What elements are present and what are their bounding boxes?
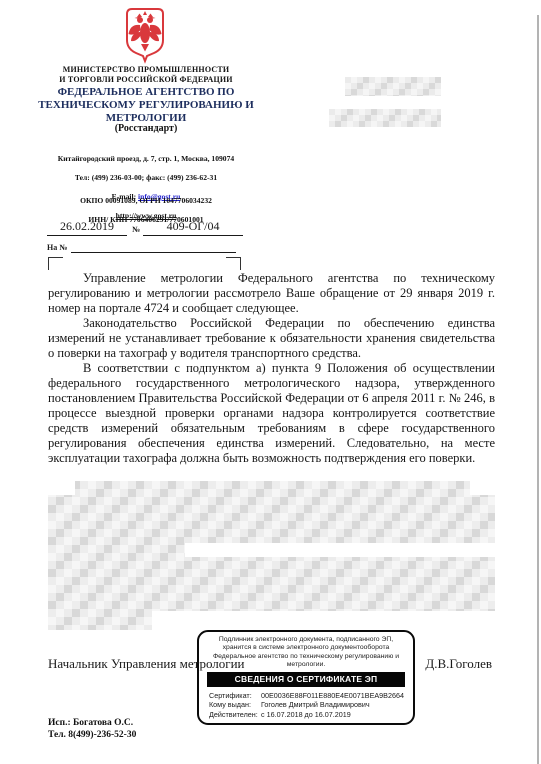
signatory-position: Начальник Управления метрологии xyxy=(48,656,245,672)
reply-reference-blank xyxy=(71,241,236,253)
valid-label: Действителен: xyxy=(209,710,261,720)
redaction-gap xyxy=(152,611,495,630)
stamp-certificate-details: Сертификат:00E0036E88F011E880E4E0071BEA9… xyxy=(209,691,413,720)
reply-reference-row: На № xyxy=(47,241,236,253)
redaction-gap xyxy=(185,543,495,557)
issued-to-value: Гоголев Дмитрий Владимирович xyxy=(261,700,370,709)
letter-number: 409-ОГ/04 xyxy=(143,219,243,236)
redacted-addressee-line-2 xyxy=(329,109,441,127)
body-paragraph-3: В соответствии с подпунктом а) пункта 9 … xyxy=(48,361,495,466)
redaction-gap xyxy=(48,481,75,495)
certificate-value: 00E0036E88F011E880E4E0071BEA9B2664 xyxy=(261,691,404,700)
body-paragraph-2: Законодательство Российской Федерации по… xyxy=(48,316,495,361)
phone-fax: Тел: (499) 236-03-00; факс: (499) 236-62… xyxy=(75,173,217,182)
postal-address: Китайгородский проезд, д. 7, стр. 1, Мос… xyxy=(58,154,234,163)
body-paragraph-1: Управление метрологии Федерального агент… xyxy=(48,271,495,316)
signatory-name: Д.В.Гоголев xyxy=(400,656,492,672)
certificate-label: Сертификат: xyxy=(209,691,261,701)
valid-value: с 16.07.2018 до 16.07.2019 xyxy=(261,710,351,719)
number-sign: № xyxy=(127,225,143,236)
agency-short-name: (Росстандарт) xyxy=(26,123,266,134)
executor-phone: Тел. 8(499)-236-52-30 xyxy=(48,730,136,740)
letter-document: МИНИСТЕРСТВО ПРОМЫШЛЕННОСТИ И ТОРГОВЛИ Р… xyxy=(0,0,541,764)
ministry-name: МИНИСТЕРСТВО ПРОМЫШЛЕННОСТИ И ТОРГОВЛИ Р… xyxy=(36,65,256,85)
reference-row: 26.02.2019 № 409-ОГ/04 xyxy=(47,219,247,236)
address-corner-right-icon xyxy=(226,257,241,270)
issued-to-label: Кому выдан: xyxy=(209,700,261,710)
redaction-gap xyxy=(470,481,495,495)
reply-reference-label: На № xyxy=(47,243,71,253)
letter-date: 26.02.2019 xyxy=(47,219,127,236)
letter-body: Управление метрологии Федерального агент… xyxy=(48,271,495,466)
address-corner-left-icon xyxy=(48,257,63,270)
stamp-certificate-title: СВЕДЕНИЯ О СЕРТИФИКАТЕ ЭП xyxy=(207,672,405,687)
page-edge-line xyxy=(537,15,539,764)
okpo-ogrn: ОКПО 00091089, ОГРН 1047706034232 xyxy=(80,196,212,205)
electronic-signature-stamp: Подлинник электронного документа, подпис… xyxy=(197,630,415,725)
agency-name: ФЕДЕРАЛЬНОЕ АГЕНТСТВО ПО ТЕХНИЧЕСКОМУ РЕ… xyxy=(26,86,266,125)
coat-of-arms-icon xyxy=(120,6,170,64)
redacted-addressee-line-1 xyxy=(345,77,441,96)
executor-name: Исп.: Богатова О.С. xyxy=(48,718,133,728)
executor-block: Исп.: Богатова О.С. Тел. 8(499)-236-52-3… xyxy=(48,717,136,741)
